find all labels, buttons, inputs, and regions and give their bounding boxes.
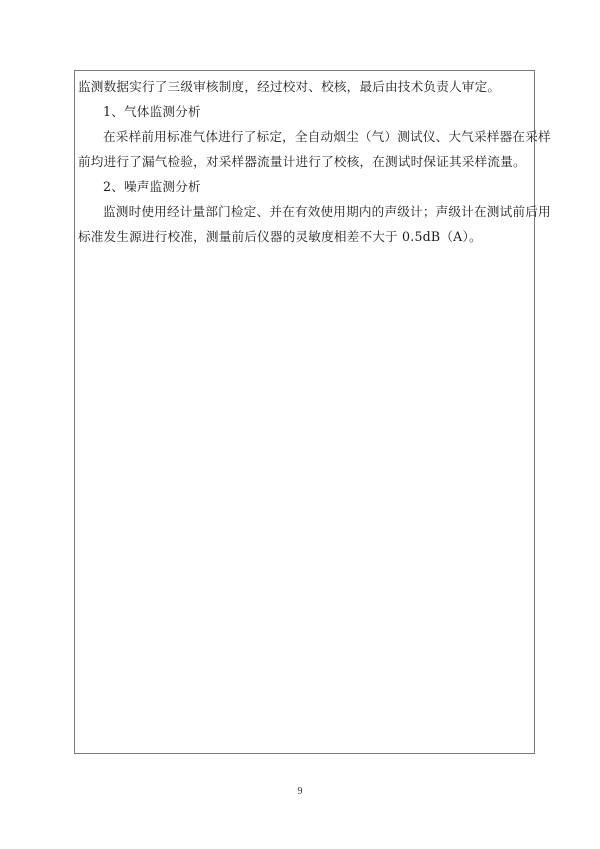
content-frame: 监测数据实行了三级审核制度，经过校对、校核，最后由技术负责人审定。 1、气体监测… bbox=[74, 70, 535, 754]
noise-section-heading: 2、噪声监测分析 bbox=[78, 174, 532, 199]
noise-section-body-line-2: 标准发生源进行校准，测量前后仪器的灵敏度相差不大于 0.5dB（A）。 bbox=[78, 224, 532, 249]
gas-section-body-line-1: 在采样前用标准气体进行了标定，全自动烟尘（气）测试仪、大气采样器在采样 bbox=[78, 124, 532, 149]
noise-section-body-line-1: 监测时使用经计量部门检定、并在有效使用期内的声级计；声级计在测试前后用 bbox=[78, 199, 532, 224]
gas-section-body-line-2: 前均进行了漏气检验，对采样器流量计进行了校核，在测试时保证其采样流量。 bbox=[78, 149, 532, 174]
gas-section-heading: 1、气体监测分析 bbox=[78, 99, 532, 124]
page-number: 9 bbox=[0, 786, 600, 797]
intro-text: 监测数据实行了三级审核制度，经过校对、校核，最后由技术负责人审定。 bbox=[78, 74, 532, 99]
